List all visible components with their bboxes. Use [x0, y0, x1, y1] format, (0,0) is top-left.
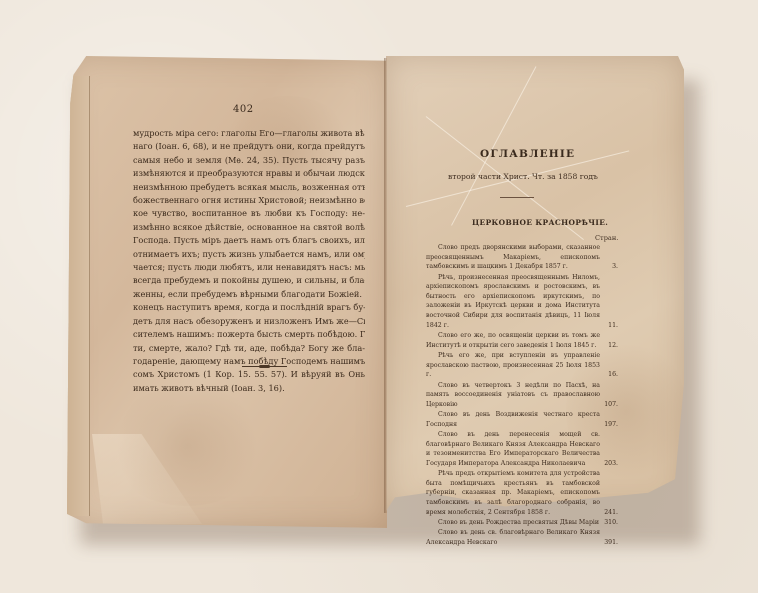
- toc-entry-page: 310.: [600, 518, 618, 528]
- toc-entry: Рѣчь его же, при вступленіи въ управлені…: [426, 351, 618, 380]
- toc-subtitle: второй части Христ. Чт. за 1858 годъ: [448, 172, 598, 181]
- toc-entry-text: Слово въ день перенесенія мощей св. благ…: [426, 430, 618, 468]
- toc-entry: Слово предъ дворянскими выборами, сказан…: [426, 243, 618, 272]
- toc-section-heading: Церковное краснорѣчіе.: [472, 218, 608, 227]
- text-line: женны, если пребудемъ вѣрными благодати …: [133, 288, 365, 301]
- text-line: наго (Іоан. 6, 68), и не прейдутъ они, к…: [133, 140, 365, 153]
- paper-stain: [107, 386, 267, 506]
- divider-rule: [500, 197, 534, 198]
- page-edge-stack: [67, 76, 90, 516]
- toc-entry-text: Рѣчь, произнесенная преосвященнымъ Нилом…: [426, 273, 618, 331]
- toc-entry-page: 107.: [600, 400, 618, 410]
- toc-entry-text: Слово въ день Воздвиженія честнаго крест…: [426, 410, 618, 429]
- text-line: божественнаго огня истины Христовой; неи…: [133, 194, 365, 207]
- text-line: измѣнно всякое дѣйствіе, основанное на с…: [133, 221, 365, 234]
- text-line: неизмѣнною пребудетъ всякая мысль, возже…: [133, 181, 365, 194]
- toc-title: Оглавленіе: [480, 148, 575, 160]
- toc-entry-page: 3.: [600, 262, 618, 272]
- text-line: измѣняются и преобразуются нравы и обыча…: [133, 167, 365, 180]
- toc-entry-page: 391.: [600, 538, 618, 548]
- end-ornament-rule: [242, 366, 287, 367]
- text-line: мудрость міра сего: глаголы Его—глаголы …: [133, 127, 365, 140]
- toc-entry: Слово въ день Воздвиженія честнаго крест…: [426, 410, 618, 429]
- text-line: отнимаетъ ихъ; пусть жизнь улыбается нам…: [133, 248, 365, 261]
- toc-entry-page: 241.: [600, 508, 618, 518]
- toc-entry: Слово въ четвертокъ 3 недѣли по Пасхѣ, н…: [426, 381, 618, 410]
- toc-entry-text: Слово въ день Рождества пресвятыя Дѣвы М…: [426, 518, 618, 528]
- toc-entry-page: 16.: [600, 370, 618, 380]
- text-line: Господа. Пусть міръ даетъ намъ отъ благъ…: [133, 234, 365, 247]
- text-line: имать животъ вѣчный (Іоан. 3, 16).: [133, 382, 365, 395]
- text-line: самыя небо и земля (Мѳ. 24, 35). Пусть т…: [133, 154, 365, 167]
- left-page-body-text: мудрость міра сего: глаголы Его—глаголы …: [133, 127, 365, 395]
- text-line: детъ для насъ обезоруженъ и низложенъ Им…: [133, 315, 365, 328]
- toc-entry: Слово въ день Рождества пресвятыя Дѣвы М…: [426, 518, 618, 528]
- toc-entry: Рѣчь, произнесенная преосвященнымъ Нилом…: [426, 273, 618, 331]
- page-number: 402: [233, 104, 254, 115]
- text-line: сителемъ нашимъ: пожерта бысть смерть по…: [133, 328, 365, 341]
- text-line: конецъ наступитъ время, когда и послѣдні…: [133, 301, 365, 314]
- toc-entry-text: Рѣчь предъ открытіемъ комитета для устро…: [426, 469, 618, 517]
- book-spine: [384, 58, 387, 513]
- toc-entry-text: Слово его же, по освященіи церкви въ том…: [426, 331, 618, 350]
- page-column-header: Стран.: [595, 234, 618, 242]
- text-line: сомъ Христомъ (1 Кор. 15. 55. 57). И вѣр…: [133, 368, 365, 381]
- toc-entry-text: Слово въ четвертокъ 3 недѣли по Пасхѣ, н…: [426, 381, 618, 410]
- toc-entry: Слово въ день св. благовѣрнаго Великаго …: [426, 528, 618, 547]
- toc-entry-page: 12.: [600, 341, 618, 351]
- toc-entry-text: Слово въ день св. благовѣрнаго Великаго …: [426, 528, 618, 547]
- toc-entry: Слово его же, по освященіи церкви въ том…: [426, 331, 618, 350]
- text-line: кое чувство, воспитанное въ любви къ Гос…: [133, 207, 365, 220]
- toc-entry-page: 197.: [600, 420, 618, 430]
- toc-entry: Слово въ день перенесенія мощей св. благ…: [426, 430, 618, 468]
- text-line: чается; пусть люди любятъ, или ненавидят…: [133, 261, 365, 274]
- text-line: ти, смерте, жало? Гдѣ ти, аде, побѣда? Б…: [133, 342, 365, 355]
- text-line: всегда пребудемъ и покойны душею, и силь…: [133, 274, 365, 287]
- toc-entry-text: Рѣчь его же, при вступленіи въ управлені…: [426, 351, 618, 380]
- toc-list: Слово предъ дворянскими выборами, сказан…: [426, 243, 618, 548]
- toc-entry: Рѣчь предъ открытіемъ комитета для устро…: [426, 469, 618, 517]
- toc-entry-text: Слово предъ дворянскими выборами, сказан…: [426, 243, 618, 272]
- toc-entry-page: 203.: [600, 459, 618, 469]
- toc-entry-page: 11.: [600, 321, 618, 331]
